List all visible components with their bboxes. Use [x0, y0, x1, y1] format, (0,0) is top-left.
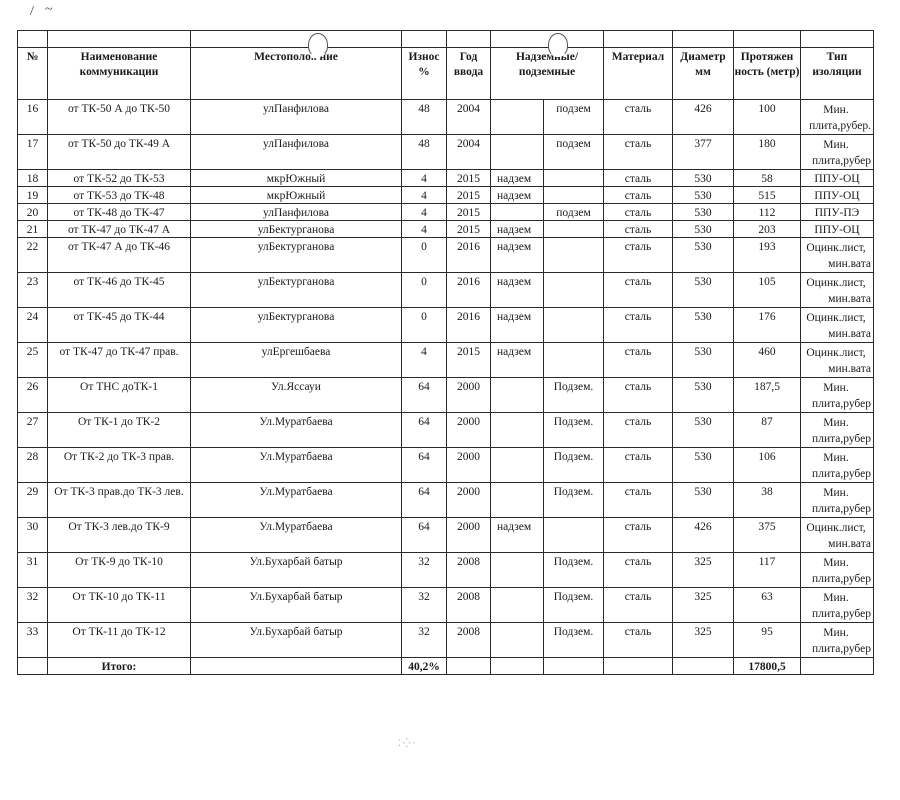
insulation-line-1: Мин. — [801, 137, 871, 153]
row-year: 2004 — [447, 100, 491, 135]
row-material: сталь — [604, 483, 673, 518]
row-insulation: Оцинк.лист,мин.вата — [801, 343, 874, 378]
insulation-line-2: мин.вата — [828, 328, 871, 340]
row-under-ground: Подзем. — [544, 378, 604, 413]
table-row: 17от ТК-50 до ТК-49 АулПанфилова482004по… — [18, 135, 874, 170]
table-row: 18от ТК-52 до ТК-53мкрЮжный42015надземст… — [18, 170, 874, 187]
row-insulation: Мин.плита,рубер — [801, 413, 874, 448]
row-length: 117 — [734, 553, 801, 588]
row-above-ground — [491, 378, 544, 413]
row-name: от ТК-53 до ТК-48 — [48, 187, 191, 204]
row-diameter: 530 — [673, 204, 734, 221]
header-no: № — [18, 48, 48, 100]
corner-mark-slash: / — [30, 4, 34, 20]
row-year: 2000 — [447, 378, 491, 413]
table-row: 23от ТК-46 до ТК-45улБектурганова02016на… — [18, 273, 874, 308]
row-year: 2016 — [447, 308, 491, 343]
row-length: 515 — [734, 187, 801, 204]
row-name: От ТК-11 до ТК-12 — [48, 623, 191, 658]
row-material: сталь — [604, 170, 673, 187]
row-diameter: 530 — [673, 378, 734, 413]
row-above-ground: надзем — [491, 273, 544, 308]
row-diameter: 377 — [673, 135, 734, 170]
table-row: 21от ТК-47 до ТК-47 АулБектурганова42015… — [18, 221, 874, 238]
header-name: Наименование коммуникации — [48, 48, 191, 100]
row-length: 460 — [734, 343, 801, 378]
row-insulation: ППУ-ОЦ — [801, 221, 874, 238]
insulation-line-1: Мин. — [801, 590, 871, 606]
row-no: 17 — [18, 135, 48, 170]
insulation-line-1: Мин. — [801, 380, 871, 396]
row-name: от ТК-47 до ТК-47 прав. — [48, 343, 191, 378]
row-diameter: 325 — [673, 623, 734, 658]
row-material: сталь — [604, 221, 673, 238]
row-insulation: Мин.плита,рубер — [801, 588, 874, 623]
row-diameter: 530 — [673, 308, 734, 343]
insulation-line-1: Оцинк.лист, — [801, 275, 871, 291]
punch-hole-mark — [308, 33, 328, 57]
row-name: От ТК-10 до ТК-11 — [48, 588, 191, 623]
row-wear: 4 — [402, 204, 447, 221]
row-under-ground — [544, 343, 604, 378]
row-length: 95 — [734, 623, 801, 658]
table-row: 20от ТК-48 до ТК-47улПанфилова42015подзе… — [18, 204, 874, 221]
row-above-ground: надзем — [491, 187, 544, 204]
row-name: От ТК-3 прав.до ТК-3 лев. — [48, 483, 191, 518]
communications-table: № Наименование коммуникации Местополо.. … — [17, 30, 874, 675]
row-diameter: 325 — [673, 588, 734, 623]
total-label: Итого: — [48, 658, 191, 675]
header-year: Год ввода — [447, 48, 491, 100]
row-material: сталь — [604, 343, 673, 378]
row-year: 2015 — [447, 187, 491, 204]
row-no: 22 — [18, 238, 48, 273]
row-length: 105 — [734, 273, 801, 308]
row-year: 2015 — [447, 204, 491, 221]
row-name: от ТК-47 А до ТК-46 — [48, 238, 191, 273]
row-above-ground: надзем — [491, 343, 544, 378]
row-insulation: Мин.плита,рубер — [801, 553, 874, 588]
row-above-ground — [491, 100, 544, 135]
row-material: сталь — [604, 518, 673, 553]
row-under-ground — [544, 273, 604, 308]
insulation-line-2: плита,рубер — [812, 468, 871, 480]
total-wear: 40,2% — [402, 658, 447, 675]
insulation-line-1: Мин. — [801, 555, 871, 571]
row-insulation: Мин.плита,рубер. — [801, 100, 874, 135]
row-year: 2015 — [447, 221, 491, 238]
row-no: 19 — [18, 187, 48, 204]
row-length: 375 — [734, 518, 801, 553]
header-wear: Износ % — [402, 48, 447, 100]
row-year: 2008 — [447, 588, 491, 623]
row-name: от ТК-52 до ТК-53 — [48, 170, 191, 187]
row-no: 26 — [18, 378, 48, 413]
row-wear: 64 — [402, 448, 447, 483]
insulation-line-2: плита,рубер — [812, 155, 871, 167]
row-diameter: 530 — [673, 238, 734, 273]
row-wear: 32 — [402, 553, 447, 588]
row-insulation: Мин.плита,рубер — [801, 483, 874, 518]
row-above-ground: надзем — [491, 518, 544, 553]
row-location: улПанфилова — [191, 100, 402, 135]
row-location: Ул.Бухарбай батыр — [191, 553, 402, 588]
row-wear: 64 — [402, 413, 447, 448]
row-above-ground — [491, 204, 544, 221]
row-location: Ул.Муратбаева — [191, 448, 402, 483]
row-location: Ул.Бухарбай батыр — [191, 588, 402, 623]
row-length: 58 — [734, 170, 801, 187]
table-row: 28От ТК-2 до ТК-3 прав.Ул.Муратбаева6420… — [18, 448, 874, 483]
row-no: 23 — [18, 273, 48, 308]
row-under-ground — [544, 221, 604, 238]
corner-mark-tilde: ~ — [45, 2, 53, 18]
insulation-line-1: Мин. — [801, 485, 871, 501]
row-under-ground: Подзем. — [544, 623, 604, 658]
row-location: улБектурганова — [191, 308, 402, 343]
row-length: 187,5 — [734, 378, 801, 413]
table-row: 31От ТК-9 до ТК-10Ул.Бухарбай батыр32200… — [18, 553, 874, 588]
row-under-ground: Подзем. — [544, 588, 604, 623]
row-wear: 48 — [402, 135, 447, 170]
row-location: улПанфилова — [191, 135, 402, 170]
row-above-ground — [491, 588, 544, 623]
insulation-line-2: плита,рубер — [812, 643, 871, 655]
table-row: 16от ТК-50 А до ТК-50улПанфилова482004по… — [18, 100, 874, 135]
row-location: улБектурганова — [191, 221, 402, 238]
row-no: 21 — [18, 221, 48, 238]
total-row: Итого: 40,2% 17800,5 — [18, 658, 874, 675]
row-location: Ул.Яссауи — [191, 378, 402, 413]
insulation-line-2: плита,рубер. — [809, 120, 871, 132]
infrastructure-table-sheet: № Наименование коммуникации Местополо.. … — [17, 30, 874, 675]
row-year: 2004 — [447, 135, 491, 170]
row-insulation: Оцинк.лист,мин.вата — [801, 273, 874, 308]
row-diameter: 530 — [673, 448, 734, 483]
row-above-ground — [491, 413, 544, 448]
row-name: от ТК-45 до ТК-44 — [48, 308, 191, 343]
insulation-line-2: плита,рубер — [812, 608, 871, 620]
row-location: улЕргешбаева — [191, 343, 402, 378]
row-above-ground — [491, 623, 544, 658]
scan-speck: ⁚ ⁛ · — [398, 738, 416, 749]
table-row: 19от ТК-53 до ТК-48мкрЮжный42015надземст… — [18, 187, 874, 204]
insulation-line-2: плита,рубер — [812, 433, 871, 445]
row-no: 29 — [18, 483, 48, 518]
row-length: 87 — [734, 413, 801, 448]
table-row: 32От ТК-10 до ТК-11Ул.Бухарбай батыр3220… — [18, 588, 874, 623]
row-no: 16 — [18, 100, 48, 135]
row-material: сталь — [604, 100, 673, 135]
row-no: 31 — [18, 553, 48, 588]
row-length: 63 — [734, 588, 801, 623]
row-location: улБектурганова — [191, 238, 402, 273]
row-above-ground — [491, 135, 544, 170]
row-wear: 32 — [402, 588, 447, 623]
row-under-ground — [544, 170, 604, 187]
insulation-line-1: Оцинк.лист, — [801, 345, 871, 361]
row-location: улБектурганова — [191, 273, 402, 308]
total-length: 17800,5 — [734, 658, 801, 675]
row-material: сталь — [604, 413, 673, 448]
row-wear: 64 — [402, 518, 447, 553]
row-name: от ТК-50 до ТК-49 А — [48, 135, 191, 170]
row-under-ground: Подзем. — [544, 483, 604, 518]
row-material: сталь — [604, 308, 673, 343]
row-no: 27 — [18, 413, 48, 448]
row-year: 2008 — [447, 553, 491, 588]
row-insulation: ППУ-ПЭ — [801, 204, 874, 221]
insulation-line-2: плита,рубер — [812, 503, 871, 515]
header-insulation: Тип изоляции — [801, 48, 874, 100]
row-year: 2008 — [447, 623, 491, 658]
header-diameter: Диаметр мм — [673, 48, 734, 100]
row-material: сталь — [604, 238, 673, 273]
table-row: 24от ТК-45 до ТК-44улБектурганова02016на… — [18, 308, 874, 343]
row-material: сталь — [604, 378, 673, 413]
row-wear: 0 — [402, 308, 447, 343]
row-above-ground — [491, 553, 544, 588]
row-material: сталь — [604, 588, 673, 623]
row-no: 28 — [18, 448, 48, 483]
row-above-ground: надзем — [491, 221, 544, 238]
row-diameter: 530 — [673, 170, 734, 187]
row-no: 25 — [18, 343, 48, 378]
row-under-ground — [544, 518, 604, 553]
row-name: От ТНС доТК-1 — [48, 378, 191, 413]
row-name: От ТК-3 лев.до ТК-9 — [48, 518, 191, 553]
table-row: 25от ТК-47 до ТК-47 прав.улЕргешбаева420… — [18, 343, 874, 378]
row-length: 112 — [734, 204, 801, 221]
header-material: Материал — [604, 48, 673, 100]
insulation-line-2: мин.вата — [828, 363, 871, 375]
table-row: 29От ТК-3 прав.до ТК-3 лев.Ул.Муратбаева… — [18, 483, 874, 518]
row-length: 193 — [734, 238, 801, 273]
row-under-ground — [544, 308, 604, 343]
row-location: улПанфилова — [191, 204, 402, 221]
row-diameter: 426 — [673, 518, 734, 553]
row-material: сталь — [604, 135, 673, 170]
row-location: Ул.Муратбаева — [191, 518, 402, 553]
row-wear: 64 — [402, 483, 447, 518]
row-year: 2000 — [447, 518, 491, 553]
row-under-ground: Подзем. — [544, 553, 604, 588]
row-under-ground: Подзем. — [544, 448, 604, 483]
row-under-ground: подзем — [544, 100, 604, 135]
row-year: 2016 — [447, 238, 491, 273]
row-year: 2000 — [447, 483, 491, 518]
row-no: 20 — [18, 204, 48, 221]
row-name: от ТК-48 до ТК-47 — [48, 204, 191, 221]
row-no: 30 — [18, 518, 48, 553]
header-length: Протяжен ность (метр) — [734, 48, 801, 100]
table-row: 33От ТК-11 до ТК-12Ул.Бухарбай батыр3220… — [18, 623, 874, 658]
row-year: 2015 — [447, 343, 491, 378]
row-no: 32 — [18, 588, 48, 623]
row-length: 106 — [734, 448, 801, 483]
row-insulation: Мин.плита,рубер — [801, 135, 874, 170]
row-year: 2015 — [447, 170, 491, 187]
row-diameter: 325 — [673, 553, 734, 588]
row-length: 180 — [734, 135, 801, 170]
punch-hole-mark — [548, 33, 568, 57]
row-material: сталь — [604, 204, 673, 221]
row-diameter: 530 — [673, 483, 734, 518]
table-body: 16от ТК-50 А до ТК-50улПанфилова482004по… — [18, 100, 874, 658]
row-diameter: 530 — [673, 273, 734, 308]
row-diameter: 530 — [673, 343, 734, 378]
insulation-line-1: Мин. — [801, 450, 871, 466]
row-wear: 48 — [402, 100, 447, 135]
row-insulation: Мин.плита,рубер — [801, 623, 874, 658]
insulation-line-2: плита,рубер — [812, 398, 871, 410]
row-insulation: Оцинк.лист,мин.вата — [801, 518, 874, 553]
row-name: От ТК-2 до ТК-3 прав. — [48, 448, 191, 483]
insulation-line-1: Оцинк.лист, — [801, 240, 871, 256]
insulation-line-2: мин.вата — [828, 293, 871, 305]
row-length: 203 — [734, 221, 801, 238]
row-wear: 4 — [402, 187, 447, 204]
row-under-ground — [544, 238, 604, 273]
row-above-ground: надзем — [491, 238, 544, 273]
row-material: сталь — [604, 187, 673, 204]
row-material: сталь — [604, 273, 673, 308]
insulation-line-1: Оцинк.лист, — [801, 310, 871, 326]
insulation-line-1: Мин. — [801, 415, 871, 431]
row-insulation: Оцинк.лист,мин.вата — [801, 238, 874, 273]
row-above-ground: надзем — [491, 170, 544, 187]
row-under-ground: подзем — [544, 135, 604, 170]
row-above-ground: надзем — [491, 308, 544, 343]
row-length: 100 — [734, 100, 801, 135]
table-row: 27От ТК-1 до ТК-2Ул.Муратбаева642000Подз… — [18, 413, 874, 448]
row-location: мкрЮжный — [191, 170, 402, 187]
insulation-line-1: Мин. — [801, 625, 871, 641]
insulation-line-1: Оцинк.лист, — [801, 520, 871, 536]
row-above-ground — [491, 483, 544, 518]
table-row: 22от ТК-47 А до ТК-46улБектурганова02016… — [18, 238, 874, 273]
row-name: от ТК-46 до ТК-45 — [48, 273, 191, 308]
row-above-ground — [491, 448, 544, 483]
row-location: мкрЮжный — [191, 187, 402, 204]
row-name: От ТК-9 до ТК-10 — [48, 553, 191, 588]
row-wear: 64 — [402, 378, 447, 413]
row-no: 18 — [18, 170, 48, 187]
row-insulation: ППУ-ОЦ — [801, 170, 874, 187]
row-under-ground: Подзем. — [544, 413, 604, 448]
header-placement: Надземные/ подземные — [491, 48, 604, 100]
row-name: от ТК-50 А до ТК-50 — [48, 100, 191, 135]
row-diameter: 530 — [673, 221, 734, 238]
insulation-line-2: плита,рубер — [812, 573, 871, 585]
row-under-ground: подзем — [544, 204, 604, 221]
row-location: Ул.Муратбаева — [191, 483, 402, 518]
row-wear: 4 — [402, 170, 447, 187]
blank-header-row — [18, 31, 874, 48]
table-row: 30От ТК-3 лев.до ТК-9Ул.Муратбаева642000… — [18, 518, 874, 553]
row-length: 176 — [734, 308, 801, 343]
row-insulation: ППУ-ОЦ — [801, 187, 874, 204]
row-no: 24 — [18, 308, 48, 343]
table-row: 26От ТНС доТК-1Ул.Яссауи642000Подзем.ста… — [18, 378, 874, 413]
row-material: сталь — [604, 553, 673, 588]
row-wear: 4 — [402, 343, 447, 378]
row-material: сталь — [604, 623, 673, 658]
row-insulation: Мин.плита,рубер — [801, 448, 874, 483]
row-name: От ТК-1 до ТК-2 — [48, 413, 191, 448]
header-row: № Наименование коммуникации Местополо.. … — [18, 48, 874, 100]
row-year: 2016 — [447, 273, 491, 308]
insulation-line-1: Мин. — [801, 102, 871, 118]
row-insulation: Оцинк.лист,мин.вата — [801, 308, 874, 343]
row-name: от ТК-47 до ТК-47 А — [48, 221, 191, 238]
insulation-line-2: мин.вата — [828, 538, 871, 550]
row-material: сталь — [604, 448, 673, 483]
row-wear: 0 — [402, 238, 447, 273]
row-no: 33 — [18, 623, 48, 658]
row-year: 2000 — [447, 413, 491, 448]
row-insulation: Мин.плита,рубер — [801, 378, 874, 413]
row-location: Ул.Муратбаева — [191, 413, 402, 448]
row-diameter: 530 — [673, 413, 734, 448]
row-wear: 0 — [402, 273, 447, 308]
row-wear: 4 — [402, 221, 447, 238]
row-diameter: 426 — [673, 100, 734, 135]
row-wear: 32 — [402, 623, 447, 658]
row-year: 2000 — [447, 448, 491, 483]
row-length: 38 — [734, 483, 801, 518]
header-location: Местополо.. ние — [191, 48, 402, 100]
row-location: Ул.Бухарбай батыр — [191, 623, 402, 658]
insulation-line-2: мин.вата — [828, 258, 871, 270]
row-under-ground — [544, 187, 604, 204]
row-diameter: 530 — [673, 187, 734, 204]
